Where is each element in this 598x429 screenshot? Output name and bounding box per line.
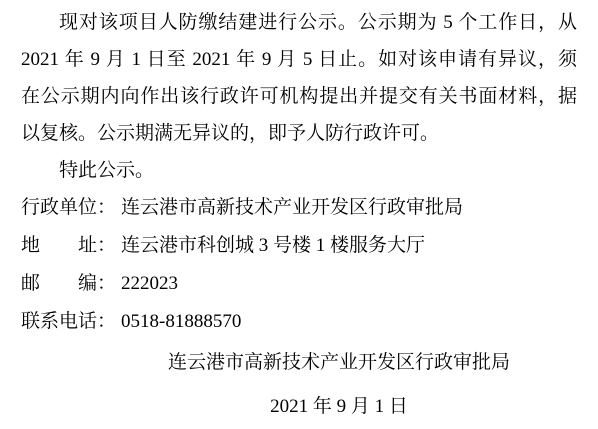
address-label: 地 址： [21,235,116,256]
info-row-admin-unit: 行政单位：连云港市高新技术产业开发区行政审批局 [21,189,577,227]
admin-unit-label: 行政单位： [21,197,116,218]
signature-block: 连云港市高新技术产业开发区行政审批局 2021 年 9 月 1 日 [21,344,577,426]
notice-body-paragraph: 现对该项目人防缴结建进行公示。公示期为 5 个工作日，从 2021 年 9 月 … [21,4,577,152]
public-notice-document: 现对该项目人防缴结建进行公示。公示期为 5 个工作日，从 2021 年 9 月 … [0,0,598,429]
postal-code-value: 222023 [121,273,178,294]
body-line-1: 现对该项目人防缴结建进行公示。公示期为 5 个工作日，从 [21,4,577,41]
phone-value: 0518-81888570 [121,311,241,332]
body-line-3: 在公示期内向作出该行政许可机构提出并提交有关书面材料，据 [21,78,577,115]
closing-statement: 特此公示。 [21,152,577,189]
body-line-4: 以复核。公示期满无异议的，即予人防行政许可。 [21,115,577,152]
info-row-address: 地 址：连云港市科创城 3 号楼 1 楼服务大厅 [21,227,577,265]
info-row-postal-code: 邮 编：222023 [21,265,577,303]
phone-label: 联系电话： [21,311,116,332]
signing-authority: 连云港市高新技术产业开发区行政审批局 [101,344,577,382]
body-line-2: 2021 年 9 月 1 日至 2021 年 9 月 5 日止。如对该申请有异议… [21,41,577,78]
admin-unit-value: 连云港市高新技术产业开发区行政审批局 [121,197,463,218]
info-row-phone: 联系电话：0518-81888570 [21,303,577,341]
address-value: 连云港市科创城 3 号楼 1 楼服务大厅 [121,235,425,256]
notice-date: 2021 年 9 月 1 日 [101,388,577,426]
postal-code-label: 邮 编： [21,273,116,294]
